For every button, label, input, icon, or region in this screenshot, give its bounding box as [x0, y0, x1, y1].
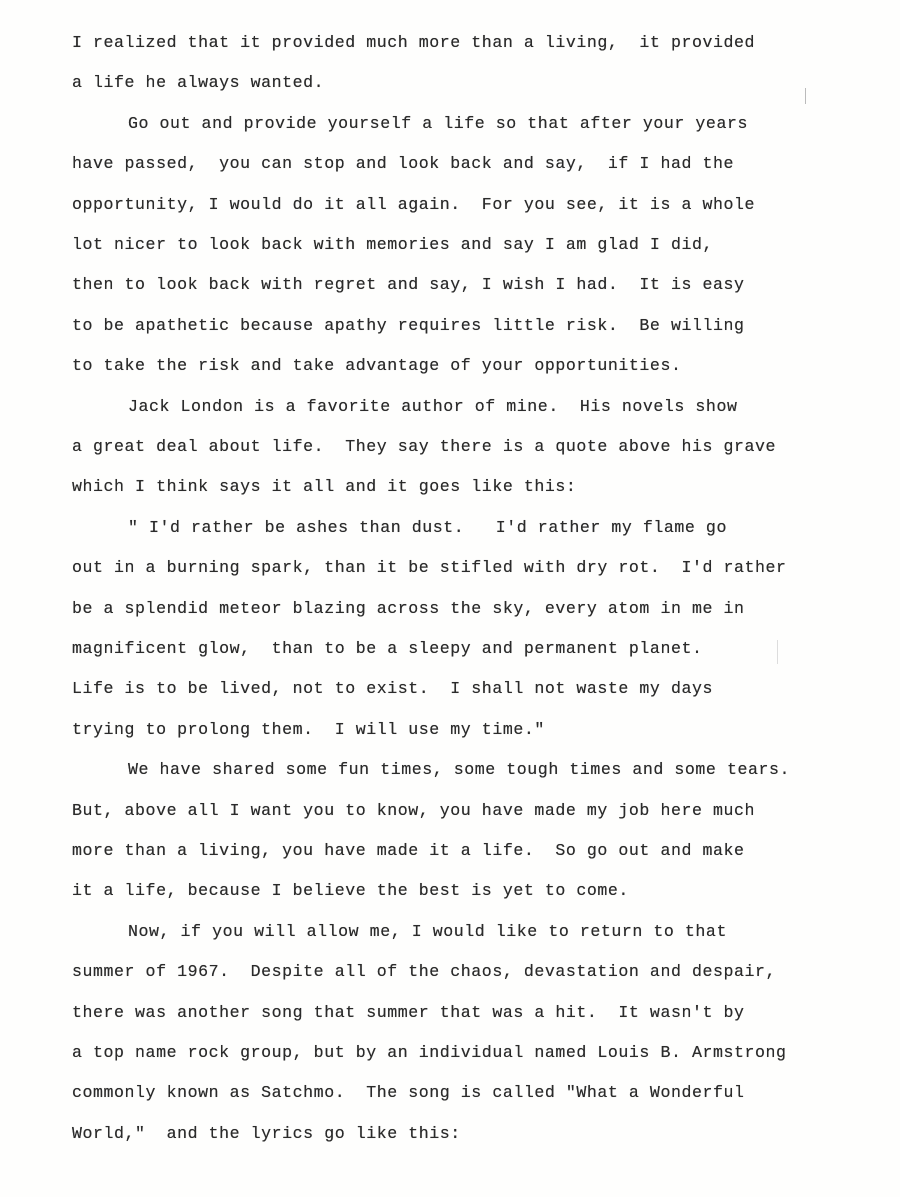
- text-line: Now, if you will allow me, I would like …: [128, 921, 727, 943]
- text-line: Jack London is a favorite author of mine…: [128, 396, 737, 418]
- text-line: opportunity, I would do it all again. Fo…: [72, 194, 755, 216]
- text-line: out in a burning spark, than it be stifl…: [72, 557, 787, 579]
- text-line: I realized that it provided much more th…: [72, 32, 755, 54]
- text-line: there was another song that summer that …: [72, 1002, 745, 1024]
- text-line: But, above all I want you to know, you h…: [72, 800, 755, 822]
- text-line: commonly known as Satchmo. The song is c…: [72, 1082, 745, 1104]
- text-line: trying to prolong them. I will use my ti…: [72, 719, 545, 741]
- text-line: a great deal about life. They say there …: [72, 436, 776, 458]
- text-line: a life he always wanted.: [72, 72, 324, 94]
- text-line: then to look back with regret and say, I…: [72, 274, 745, 296]
- text-line: a top name rock group, but by an individ…: [72, 1042, 787, 1064]
- text-line: World," and the lyrics go like this:: [72, 1123, 461, 1145]
- paper-speck: [805, 88, 806, 104]
- text-line: Go out and provide yourself a life so th…: [128, 113, 748, 135]
- text-line: We have shared some fun times, some toug…: [128, 759, 790, 781]
- text-line: be a splendid meteor blazing across the …: [72, 598, 745, 620]
- text-line: summer of 1967. Despite all of the chaos…: [72, 961, 776, 983]
- text-line: " I'd rather be ashes than dust. I'd rat…: [128, 517, 727, 539]
- text-line: magnificent glow, than to be a sleepy an…: [72, 638, 702, 660]
- text-line: lot nicer to look back with memories and…: [72, 234, 713, 256]
- text-line: which I think says it all and it goes li…: [72, 476, 576, 498]
- text-line: Life is to be lived, not to exist. I sha…: [72, 678, 713, 700]
- paper-speck: [777, 640, 778, 664]
- text-line: to be apathetic because apathy requires …: [72, 315, 745, 337]
- text-line: it a life, because I believe the best is…: [72, 880, 629, 902]
- text-line: have passed, you can stop and look back …: [72, 153, 734, 175]
- text-line: to take the risk and take advantage of y…: [72, 355, 681, 377]
- typewritten-page: I realized that it provided much more th…: [0, 0, 900, 1197]
- text-line: more than a living, you have made it a l…: [72, 840, 745, 862]
